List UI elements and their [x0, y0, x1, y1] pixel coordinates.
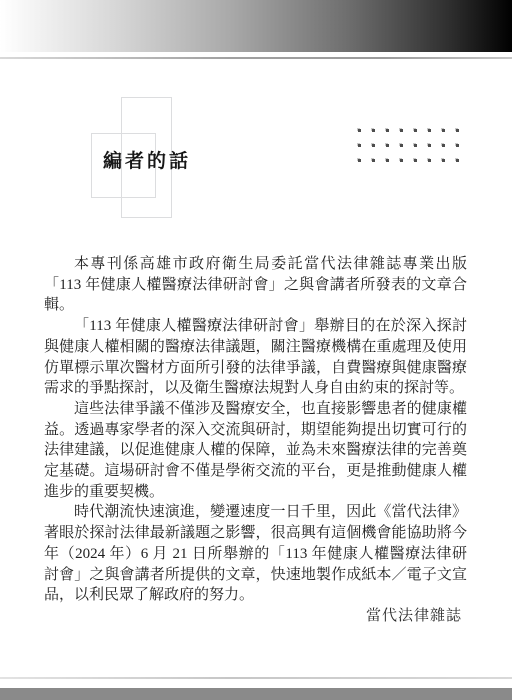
page-title: 編者的話 [103, 146, 191, 173]
top-divider-line [0, 57, 512, 59]
dot-icon [456, 144, 459, 147]
dot-icon [372, 129, 375, 132]
editorial-body: 本專刊係高雄市政府衛生局委託當代法律雜誌專業出版「113 年健康人權醫療法律研討… [44, 254, 467, 606]
dot-icon [386, 129, 389, 132]
dot-grid-decoration [358, 129, 459, 162]
dot-icon [442, 129, 445, 132]
dot-icon [414, 159, 417, 162]
bottom-gray-bar [0, 688, 512, 700]
dot-icon [428, 144, 431, 147]
dot-icon [442, 159, 445, 162]
dot-icon [428, 159, 431, 162]
dot-icon [400, 144, 403, 147]
paragraph-publication: 時代潮流快速演進，變遷速度一日千里，因此《當代法律》著眼於探討法律最新議題之影響… [44, 502, 467, 606]
dot-icon [456, 159, 459, 162]
dot-icon [358, 144, 361, 147]
dot-icon [414, 129, 417, 132]
dot-icon [428, 129, 431, 132]
dot-icon [442, 144, 445, 147]
paragraph-intro: 本專刊係高雄市政府衛生局委託當代法律雜誌專業出版「113 年健康人權醫療法律研討… [44, 254, 467, 316]
paragraph-legal-impact: 這些法律爭議不僅涉及醫療安全，也直接影響患者的健康權益。透過專家學者的深入交流與… [44, 399, 467, 503]
editorial-page: 編者的話 本專刊係高雄市政府衛生局委託當代法律雜誌專業出版「113 年健康人權醫… [0, 0, 512, 700]
signature: 當代法律雜誌 [366, 604, 462, 625]
dot-icon [358, 159, 361, 162]
dot-icon [400, 129, 403, 132]
dot-icon [386, 159, 389, 162]
dot-icon [414, 144, 417, 147]
dot-icon [372, 144, 375, 147]
dot-icon [400, 159, 403, 162]
bottom-divider-line [0, 677, 512, 679]
dot-icon [456, 129, 459, 132]
paragraph-conference-purpose: 「113 年健康人權醫療法律研討會」舉辦目的在於深入探討與健康人權相關的醫療法律… [44, 316, 467, 399]
dot-icon [372, 159, 375, 162]
top-gradient-bar [0, 0, 512, 52]
dot-icon [386, 144, 389, 147]
dot-icon [358, 129, 361, 132]
